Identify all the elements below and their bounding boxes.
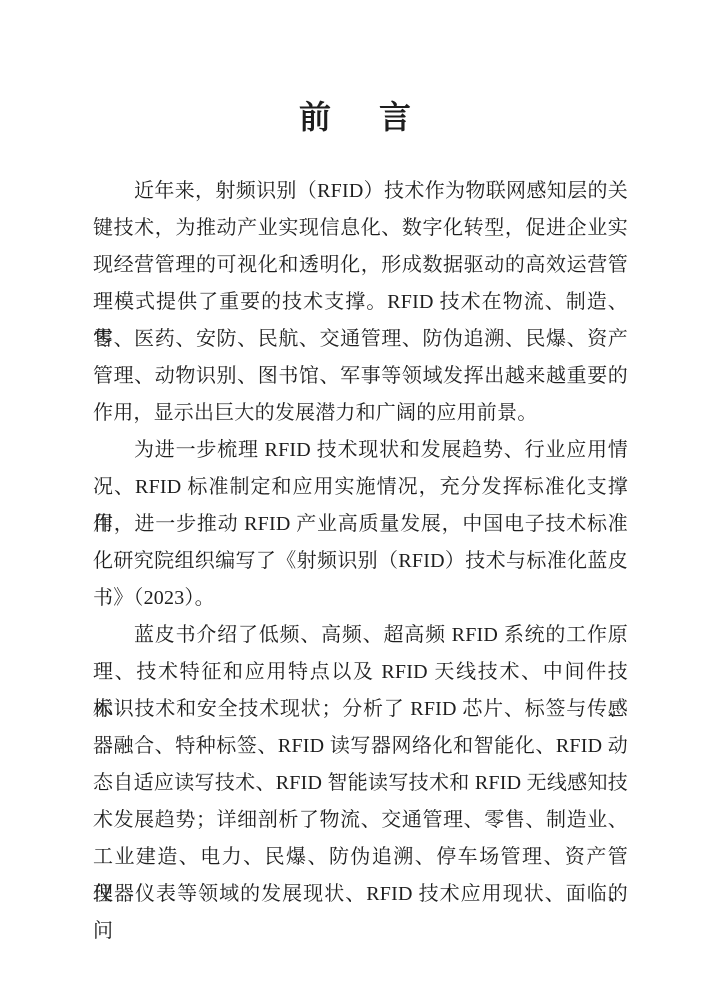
text-line: 为进一步梳理 RFID 技术现状和发展趋势、行业应用情 <box>93 432 628 469</box>
paragraph: 近年来，射频识别（RFID）技术作为物联网感知层的关键技术，为推动产业实现信息化… <box>93 173 628 432</box>
text-line: 现经营管理的可视化和透明化，形成数据驱动的高效运营管 <box>93 247 628 284</box>
paragraph: 为进一步梳理 RFID 技术现状和发展趋势、行业应用情况、RFID 标准制定和应… <box>93 432 628 617</box>
text-line: 器融合、特种标签、RFID 读写器网络化和智能化、RFID 动 <box>93 728 628 765</box>
text-line: 化研究院组织编写了《射频识别（RFID）技术与标准化蓝皮 <box>93 543 628 580</box>
text-line: 用，进一步推动 RFID 产业高质量发展，中国电子技术标准 <box>93 506 628 543</box>
text-line: 售、医药、安防、民航、交通管理、防伪追溯、民爆、资产 <box>93 321 628 358</box>
document-body: 近年来，射频识别（RFID）技术作为物联网感知层的关键技术，为推动产业实现信息化… <box>93 173 628 913</box>
text-line: 况、RFID 标准制定和应用实施情况，充分发挥标准化支撑作 <box>93 469 628 506</box>
text-line: 态自适应读写技术、RFID 智能读写技术和 RFID 无线感知技 <box>93 765 628 802</box>
text-line: 管理、动物识别、图书馆、军事等领域发挥出越来越重要的 <box>93 358 628 395</box>
text-line: 理、技术特征和应用特点以及 RFID 天线技术、中间件技术、 <box>93 654 628 691</box>
preface-title-char-1: 前 <box>299 99 331 135</box>
text-line: 标识技术和安全技术现状；分析了 RFID 芯片、标签与传感 <box>93 691 628 728</box>
document-page: 前 言 近年来，射频识别（RFID）技术作为物联网感知层的关键技术，为推动产业实… <box>0 0 710 1002</box>
preface-title-char-2: 言 <box>379 99 411 135</box>
preface-title: 前 言 <box>0 99 710 135</box>
text-line: 作用，显示出巨大的发展潜力和广阔的应用前景。 <box>93 395 628 432</box>
text-line: 仪器仪表等领域的发展现状、RFID 技术应用现状、面临的问 <box>93 876 628 913</box>
text-line: 书》（2023）。 <box>93 580 628 617</box>
text-line: 理模式提供了重要的技术支撑。RFID 技术在物流、制造、零 <box>93 284 628 321</box>
paragraph: 蓝皮书介绍了低频、高频、超高频 RFID 系统的工作原理、技术特征和应用特点以及… <box>93 617 628 913</box>
text-line: 术发展趋势；详细剖析了物流、交通管理、零售、制造业、 <box>93 802 628 839</box>
text-line: 蓝皮书介绍了低频、高频、超高频 RFID 系统的工作原 <box>93 617 628 654</box>
text-line: 键技术，为推动产业实现信息化、数字化转型，促进企业实 <box>93 210 628 247</box>
text-line: 工业建造、电力、民爆、防伪追溯、停车场管理、资产管理、 <box>93 839 628 876</box>
text-line: 近年来，射频识别（RFID）技术作为物联网感知层的关 <box>93 173 628 210</box>
